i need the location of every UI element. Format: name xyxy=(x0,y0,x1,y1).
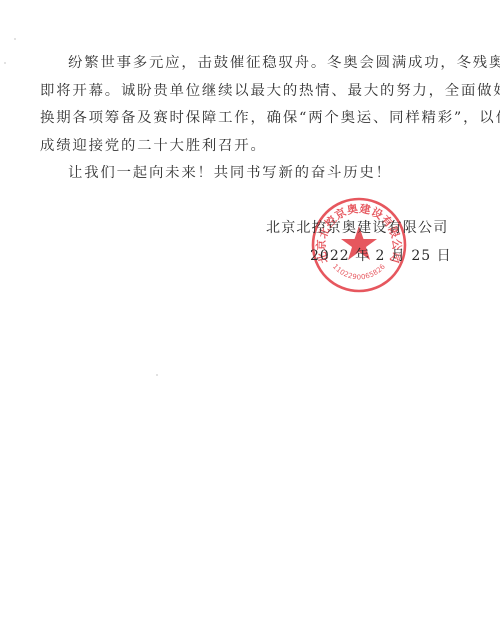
signature-organization: 北京北控京奥建设有限公司 xyxy=(266,218,448,238)
document-page: 纷繁世事多元应，击鼓催征稳驭舟。冬奥会圆满成功，冬残奥会 即将开幕。诚盼贵单位继… xyxy=(0,0,500,624)
paragraph-1-line-4: 成绩迎接党的二十大胜利召开。 xyxy=(40,136,470,156)
paragraph-1-line-1: 纷繁世事多元应，击鼓催征稳驭舟。冬奥会圆满成功，冬残奥会 xyxy=(68,53,498,73)
scan-speck xyxy=(4,62,6,64)
paragraph-2-line-1: 让我们一起向未来！共同书写新的奋斗历史！ xyxy=(68,163,498,183)
signature-date: 2022 年 2 月 25 日 xyxy=(310,246,452,266)
scan-speck xyxy=(156,374,158,376)
official-seal-stamp: 北京北控京奥建设有限公司 1102290065826 xyxy=(310,196,408,294)
paragraph-1-line-2: 即将开幕。诚盼贵单位继续以最大的热情、最大的努力，全面做好转 xyxy=(40,81,470,101)
paragraph-1-line-3: 换期各项筹备及赛时保障工作，确保“两个奥运、同样精彩”，以优异 xyxy=(40,108,470,128)
scan-speck xyxy=(14,38,16,40)
